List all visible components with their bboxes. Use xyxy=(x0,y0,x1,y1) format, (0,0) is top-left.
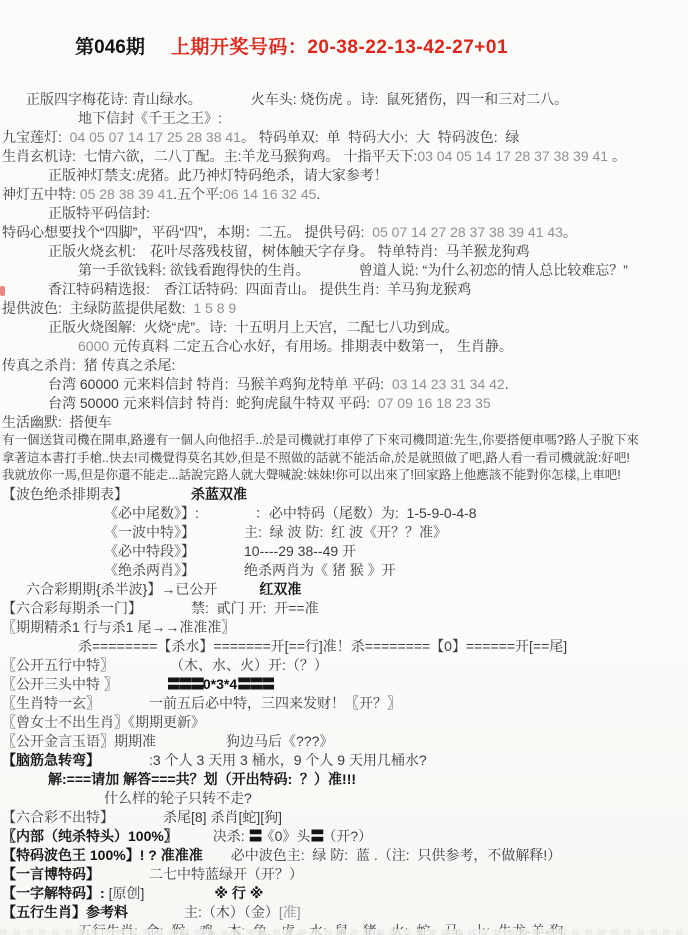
text-segment xyxy=(144,885,214,901)
text-line: 提供波色: 主绿防蓝提供尾数: 1 5 8 9 xyxy=(0,299,688,318)
text-segment: 曾道人说: “为什么初恋的情人总比较难忘？” xyxy=(359,262,628,278)
text-segment xyxy=(188,562,244,578)
text-line: 【一言博特码】 二七中特蓝绿开（开？） xyxy=(0,865,688,884)
text-segment: 提供波色: 主绿防蓝提供尾数: xyxy=(2,300,193,316)
text-segment: 二七中特蓝绿开（开？） xyxy=(93,866,303,882)
text-segment: 狗边马后《???》 xyxy=(226,733,333,749)
text-segment: . xyxy=(505,376,509,392)
text-segment: 拿著這本書打手槍..快去!司機覺得莫名其妙,但是不照做的話就不能活命,於是就照做… xyxy=(2,451,630,465)
text-line: 〖公开三头中特 〗 〓〓〓0*3*4〓〓〓 xyxy=(0,675,688,694)
text-line: 正版神灯禁支:虎猪。此乃神灯特码绝杀，请大家参考！ xyxy=(0,166,688,185)
text-segment: 一前五后必中特，三四来发财！〖开？〗 xyxy=(149,695,401,711)
text-segment: 。 特码单双: 单 特码大小: 大 特码波色: 绿 xyxy=(241,129,519,145)
text-segment: 《一波中特》】 xyxy=(104,524,188,540)
text-line: 九宝莲灯: 04 05 07 14 17 25 28 38 41。 特码单双: … xyxy=(0,128,688,147)
text-segment: 04 05 07 14 17 25 28 38 41 xyxy=(70,129,241,145)
text-segment: 传真之杀肖: 猪 传真之杀尾: xyxy=(2,357,175,373)
text-segment: 正版火烧图解: 火烧“虎”。诗: 十五明月上天宫，二配七八功到成。 xyxy=(48,319,459,335)
text-segment: [准] xyxy=(279,904,301,920)
text-segment: 〖曾女士不出生肖〗《期期更新》 xyxy=(2,714,205,730)
text-line: 〖内部（纯杀特头）100%〗 决杀: 〓《0》头〓（开?） xyxy=(0,827,688,846)
text-line: 杀========【杀水】=======开[==行]准！杀========【0】… xyxy=(0,637,688,656)
text-segment: 【一言博特码】 xyxy=(2,866,93,882)
text-segment: :3 个人 3 天用 3 桶水，9 个人 9 天用几桶水? xyxy=(93,752,427,768)
text-segment: 6000 xyxy=(78,338,113,354)
text-segment xyxy=(195,91,251,107)
text-segment xyxy=(111,676,167,692)
text-line: 〖曾女士不出生肖〗《期期更新》 xyxy=(0,713,688,732)
text-segment xyxy=(121,486,191,502)
text-line: 特码心想要找个“四脚”，平码“四”，本期：二五。 提供号码: 05 07 14 … xyxy=(0,223,688,242)
text-line: 正版四字梅花诗: 青山绿水。 火车头: 烧伤虎 。诗: 鼠死猪伤，四一和三对二八… xyxy=(0,90,688,109)
text-segment: 05 07 14 27 28 37 38 39 41 43 xyxy=(372,224,563,240)
text-segment: 。 xyxy=(608,148,626,164)
text-segment: 有一個送貨司機在開車,路邊有一個人向他招手..於是司機就打車停了下來司機問道:先… xyxy=(2,433,639,447)
text-line: 正版火烧图解: 火烧“虎”。诗: 十五明月上天宫，二配七八功到成。 xyxy=(0,318,688,337)
text-line: 正版特平码信封: xyxy=(0,204,688,223)
text-line: 〖公开五行中特〗 （木、水、火）开:（？） xyxy=(0,656,688,675)
text-segment xyxy=(188,524,244,540)
text-line: 什么样的轮子只转不走? xyxy=(0,789,688,808)
text-line: 正版火烧玄机: 花叶尽落残枝留，树体触天字存身。 特单特肖: 马羊猴龙狗鸡 xyxy=(0,242,688,261)
text-segment: 【特码波色王 100%】! ? 准准准 xyxy=(2,847,203,863)
text-line: 传真之杀肖: 猪 传真之杀尾: xyxy=(0,356,688,375)
text-segment: 什么样的轮子只转不走? xyxy=(104,790,252,806)
text-segment: 1 5 8 9 xyxy=(193,300,236,316)
text-segment: 我就放你一馬,但是你還不能走...話說完路人就大聲喊說:妹妹!你可以出來了!回家… xyxy=(2,468,621,482)
text-segment: 。 xyxy=(563,224,577,240)
text-segment: 10----29 38--49 开 xyxy=(244,543,356,559)
text-segment: 台湾 60000 元来料信封 特肖: 马猴羊鸡狗龙特单 平码: xyxy=(48,376,392,392)
text-segment: 05 28 38 39 41 xyxy=(80,186,173,202)
text-segment: （开?） xyxy=(322,828,372,844)
text-segment: 【五行生肖】参考料 xyxy=(2,904,128,920)
text-segment: 台湾 50000 元来料信封 特肖: 蛇狗虎鼠牛特双 平码: xyxy=(48,395,378,411)
text-line: 【一字解特码】: [原创] ※ 行 ※ xyxy=(0,884,688,903)
text-segment: 九宝莲灯: xyxy=(2,129,70,145)
text-segment xyxy=(93,695,149,711)
text-segment: 【一字解特码】: xyxy=(2,885,109,901)
text-segment: 〖公开三头中特 〗 xyxy=(2,676,111,692)
text-segment: 〖期期精杀1 行与杀1 尾→→准准准〗 xyxy=(2,619,235,635)
text-segment: 杀蓝双准 xyxy=(191,486,247,502)
text-segment: 正版四字梅花诗: 青山绿水。 xyxy=(26,91,195,107)
text-segment xyxy=(135,600,191,616)
text-segment: 特码心想要找个“四脚”，平码“四”，本期：二五。 提供号码: xyxy=(2,224,372,240)
text-segment: 03 04 05 14 17 28 37 38 39 41 xyxy=(417,148,608,164)
scan-noise-strip xyxy=(0,929,688,935)
text-line: 拿著這本書打手槍..快去!司機覺得莫名其妙,但是不照做的話就不能活命,於是就照做… xyxy=(0,450,688,468)
text-line: 〖生肖特一玄〗 一前五后必中特，三四来发财！〖开？〗 xyxy=(0,694,688,713)
text-segment: 禁: 貳门 开: 开==准 xyxy=(191,600,319,616)
text-segment xyxy=(156,733,226,749)
text-segment: 生活幽默: 搭便车 xyxy=(2,414,112,430)
text-line: 《绝杀两肖》】 绝杀两肖为《 猪 猴 》开 xyxy=(0,561,688,580)
text-segment: 六合彩期期{杀半波}】→已公开 xyxy=(26,581,217,597)
text-line: 六合彩期期{杀半波}】→已公开 红双准 xyxy=(0,580,688,599)
text-segment: 神灯五中特: xyxy=(2,186,80,202)
text-segment: 《绝杀两肖》】 xyxy=(104,562,188,578)
text-segment: 第一手欲钱料: 欲钱看跑得快的生肖。 xyxy=(78,262,303,278)
text-segment: 杀========【杀水】=======开[==行]准！杀========【0】… xyxy=(78,638,567,654)
text-line: 《必中特段》】 10----29 38--49 开 xyxy=(0,542,688,561)
text-segment: 07 09 16 18 23 35 xyxy=(378,395,491,411)
text-segment: 03 14 23 31 34 42 xyxy=(392,376,505,392)
text-line: 解:===请加 解答===共？划（开出特码: ？）准!!! xyxy=(0,770,688,789)
text-line: 【六合彩不出特】 杀尾[8] 杀肖[蛇][狗] xyxy=(0,808,688,827)
text-segment: 0*3*4 xyxy=(203,676,237,692)
text-segment: 正版火烧玄机: 花叶尽落残枝留，树体触天字存身。 特单特肖: 马羊猴龙狗鸡 xyxy=(48,243,529,259)
text-segment: 06 14 16 32 45 xyxy=(223,186,316,202)
text-segment: 地下信封《千王之王》: xyxy=(78,110,222,126)
text-line: 【波色绝杀排期表】 杀蓝双准 xyxy=(0,485,688,504)
text-segment: 〓 xyxy=(310,828,322,844)
text-line: 神灯五中特: 05 28 38 39 41.五个平:06 14 16 32 45… xyxy=(0,185,688,204)
lottery-tip-sheet: 第046期上期开奖号码：20-38-22-13-42-27+01 正版四字梅花诗… xyxy=(0,0,688,935)
text-segment xyxy=(217,581,259,597)
text-line: 【六合彩每期杀一门】 禁: 貳门 开: 开==准 xyxy=(0,599,688,618)
text-line: 台湾 60000 元来料信封 特肖: 马猴羊鸡狗龙特单 平码: 03 14 23… xyxy=(0,375,688,394)
draw-label: 上期开奖号码： xyxy=(171,37,308,58)
text-line: 台湾 50000 元来料信封 特肖: 蛇狗虎鼠牛特双 平码: 07 09 16 … xyxy=(0,394,688,413)
text-line: 生肖玄机诗: 七情六欲，二八丁配。主:羊龙马猴狗鸡。 十指平天下:03 04 0… xyxy=(0,147,688,166)
text-segment: 〖生肖特一玄〗 xyxy=(2,695,93,711)
text-segment xyxy=(199,505,255,521)
text-line: 《必中尾数》】: ：必中特码（尾数）为: 1-5-9-0-4-8 xyxy=(0,504,688,523)
text-segment: 【波色绝杀排期表】 xyxy=(2,486,121,502)
text-line: 有一個送貨司機在開車,路邊有一個人向他招手..於是司機就打車停了下來司機問道:先… xyxy=(0,432,688,450)
text-segment: 主:（木）（金） xyxy=(128,904,279,920)
text-segment: 绝杀两肖为《 猪 猴 》开 xyxy=(244,562,396,578)
text-segment: （木、水、火）开:（？） xyxy=(177,657,328,673)
text-segment xyxy=(188,543,244,559)
text-line: 〖公开金言玉语〗期期准 狗边马后《???》 xyxy=(0,732,688,751)
text-segment: 香江特码精选报: 香江话特码: 四面青山。 提供生肖: 羊马狗龙猴鸡 xyxy=(48,281,471,297)
text-segment: 解:===请加 解答===共？划（开出特码: ？）准!!! xyxy=(48,771,356,787)
text-segment: 【脑筋急转弯】 xyxy=(2,752,93,768)
text-segment: 杀尾[8] 杀肖[蛇][狗] xyxy=(163,809,282,825)
text-segment xyxy=(303,262,359,278)
text-segment: 决杀: xyxy=(171,828,249,844)
text-segment: ：必中特码（尾数）为: 1-5-9-0-4-8 xyxy=(255,505,477,521)
text-line: 【五行生肖】参考料 主:（木）（金）[准] xyxy=(0,903,688,922)
text-segment: .五个平: xyxy=(173,186,223,202)
text-segment: 〓 xyxy=(249,828,261,844)
text-line: 《一波中特》】 主: 绿 波 防: 红 波《开？？准》 xyxy=(0,523,688,542)
text-line: 〖期期精杀1 行与杀1 尾→→准准准〗 xyxy=(0,618,688,637)
text-line: 香江特码精选报: 香江话特码: 四面青山。 提供生肖: 羊马狗龙猴鸡 xyxy=(0,280,688,299)
text-segment: 红双准 xyxy=(259,581,301,597)
document-lines: 正版四字梅花诗: 青山绿水。 火车头: 烧伤虎 。诗: 鼠死猪伤，四一和三对二八… xyxy=(0,90,688,935)
text-segment: 【六合彩每期杀一门】 xyxy=(2,600,135,616)
text-segment: 《必中尾数》】: xyxy=(104,505,199,521)
text-segment: 【六合彩不出特】 xyxy=(2,809,107,825)
text-segment: 火车头: 烧伤虎 。诗: 鼠死猪伤，四一和三对二八。 xyxy=(251,91,568,107)
text-segment: 〖公开五行中特〗 xyxy=(2,657,107,673)
text-segment: 〖内部（纯杀特头）100%〗 xyxy=(2,828,171,844)
issue-number: 第046期 xyxy=(75,37,145,58)
text-segment: 主: 绿 波 防: 红 波《开？？准》 xyxy=(244,524,447,540)
text-segment: 〓〓〓 xyxy=(167,676,203,692)
text-segment: . xyxy=(316,186,320,202)
text-segment: 〓〓〓 xyxy=(237,676,273,692)
header-line: 第046期上期开奖号码：20-38-22-13-42-27+01 xyxy=(0,6,688,90)
text-segment: 正版神灯禁支:虎猪。此乃神灯特码绝杀，请大家参考！ xyxy=(48,167,388,183)
text-segment: [原创] xyxy=(109,885,145,901)
scan-artifact xyxy=(0,286,5,296)
text-segment: 《0》头 xyxy=(261,828,311,844)
draw-numbers: 20-38-22-13-42-27+01 xyxy=(307,37,508,58)
text-line: 【脑筋急转弯】 :3 个人 3 天用 3 桶水，9 个人 9 天用几桶水? xyxy=(0,751,688,770)
text-line: 6000 元传真料 二定五合心水好，有用场。排期表中数第一， 生肖静。 xyxy=(0,337,688,356)
text-segment xyxy=(107,657,177,673)
text-segment: ※ 行 ※ xyxy=(214,885,263,901)
text-line: 第一手欲钱料: 欲钱看跑得快的生肖。 曾道人说: “为什么初恋的情人总比较难忘？… xyxy=(0,261,688,280)
text-segment: 生肖玄机诗: 七情六欲，二八丁配。主:羊龙马猴狗鸡。 十指平天下: xyxy=(2,148,417,164)
text-line: 地下信封《千王之王》: xyxy=(0,109,688,128)
text-segment: 《必中特段》】 xyxy=(104,543,188,559)
text-segment: 正版特平码信封: xyxy=(48,205,150,221)
text-segment xyxy=(107,809,163,825)
text-segment: 元传真料 二定五合心水好，有用场。排期表中数第一， 生肖静。 xyxy=(113,338,513,354)
text-segment: 〖公开金言玉语〗期期准 xyxy=(2,733,156,749)
text-segment: 必中波色主: 绿 防: 蓝 .（注: 只供参考，不做解释!） xyxy=(203,847,562,863)
text-line: 【特码波色王 100%】! ? 准准准 必中波色主: 绿 防: 蓝 .（注: 只… xyxy=(0,846,688,865)
text-line: 我就放你一馬,但是你還不能走...話說完路人就大聲喊說:妹妹!你可以出來了!回家… xyxy=(0,467,688,485)
text-line: 生活幽默: 搭便车 xyxy=(0,413,688,432)
